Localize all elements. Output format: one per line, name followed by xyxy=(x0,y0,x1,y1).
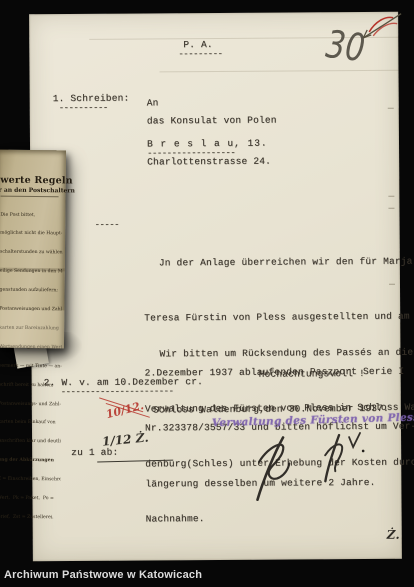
letter-body-line: Jn der Anlage überreichen wir den für Ma… xyxy=(144,252,412,272)
ink-signatures xyxy=(217,417,388,513)
recipient-line: das Konsulat von Polen xyxy=(147,115,277,127)
filing-note-typed: zu 1 ab: xyxy=(71,447,118,458)
clipping-text-line: schrift bereit zu halten, xyxy=(0,382,62,389)
clipping-text-line: Brief, Zst = Zustellerei. xyxy=(0,514,60,521)
closing-salutation: Hochachtungsvoll ! xyxy=(259,368,365,380)
clipping-text-line: Anschriften klar und deutlich xyxy=(0,439,61,446)
item2-underline: ----------------------- xyxy=(61,386,174,397)
clipping-divider xyxy=(1,196,59,198)
filing-note-handwritten: 1/12 Ż. xyxy=(102,430,150,448)
clipping-text-line: möglichst nicht die Haupt- xyxy=(0,231,63,238)
letter-body-line: Wir bitten um Rücksendung des Passés an … xyxy=(144,343,412,363)
paragraph-marker: ----- xyxy=(95,220,120,230)
margin-tick-mark xyxy=(388,208,394,209)
clipping-crease xyxy=(0,268,65,272)
clipping-text-line: Postanweisungs- und Zahl- xyxy=(0,401,61,408)
corner-initials: Ż. xyxy=(387,528,400,542)
newspaper-clipping: owerte Regeln r an den Postschaltern Die… xyxy=(0,150,66,349)
archive-watermark-label: Archiwum Państwowe w Katowicach xyxy=(4,569,202,581)
clipping-text-line: karten beim Einkauf von xyxy=(0,420,61,427)
item1-underline: ---------- xyxy=(59,103,108,113)
clipping-bottom-light xyxy=(0,310,64,349)
crossed-red-number-mark xyxy=(359,8,405,42)
clipping-headline: owerte Regeln xyxy=(0,175,73,187)
recipient-street: Charlottenstrasse 24. xyxy=(147,156,271,168)
scanned-document-page: P. A. --------- 30 1. Schreiben: -------… xyxy=(0,0,414,587)
clipping-subheadline: r an den Postschaltern xyxy=(0,187,75,195)
clipping-text-line: schalterstunden zu wählen; xyxy=(0,250,63,257)
clipping-subhead-line: ung der Abkürzungen xyxy=(0,458,61,465)
fold-line xyxy=(159,70,398,73)
clipping-body: Die Post bittet, möglichst nicht die Hau… xyxy=(0,200,64,534)
clipping-text-line: E = Einschreiben, Einschreib- xyxy=(0,477,61,484)
clipping-text-line: Wert, Pk = Paket, Po = xyxy=(0,496,60,503)
clipping-text-line: Die Post bittet, xyxy=(0,212,63,219)
header-underline: --------- xyxy=(178,49,222,59)
margin-tick-mark xyxy=(388,196,394,197)
clipping-text-line: vermerk — mit Tinte — an- xyxy=(0,363,62,370)
clipping-text-line: genstunden aufzuliefern; xyxy=(0,288,63,295)
letter-paper: P. A. --------- 30 1. Schreiben: -------… xyxy=(29,12,402,562)
recipient-line: An xyxy=(147,97,159,108)
margin-tick-mark xyxy=(388,108,394,109)
